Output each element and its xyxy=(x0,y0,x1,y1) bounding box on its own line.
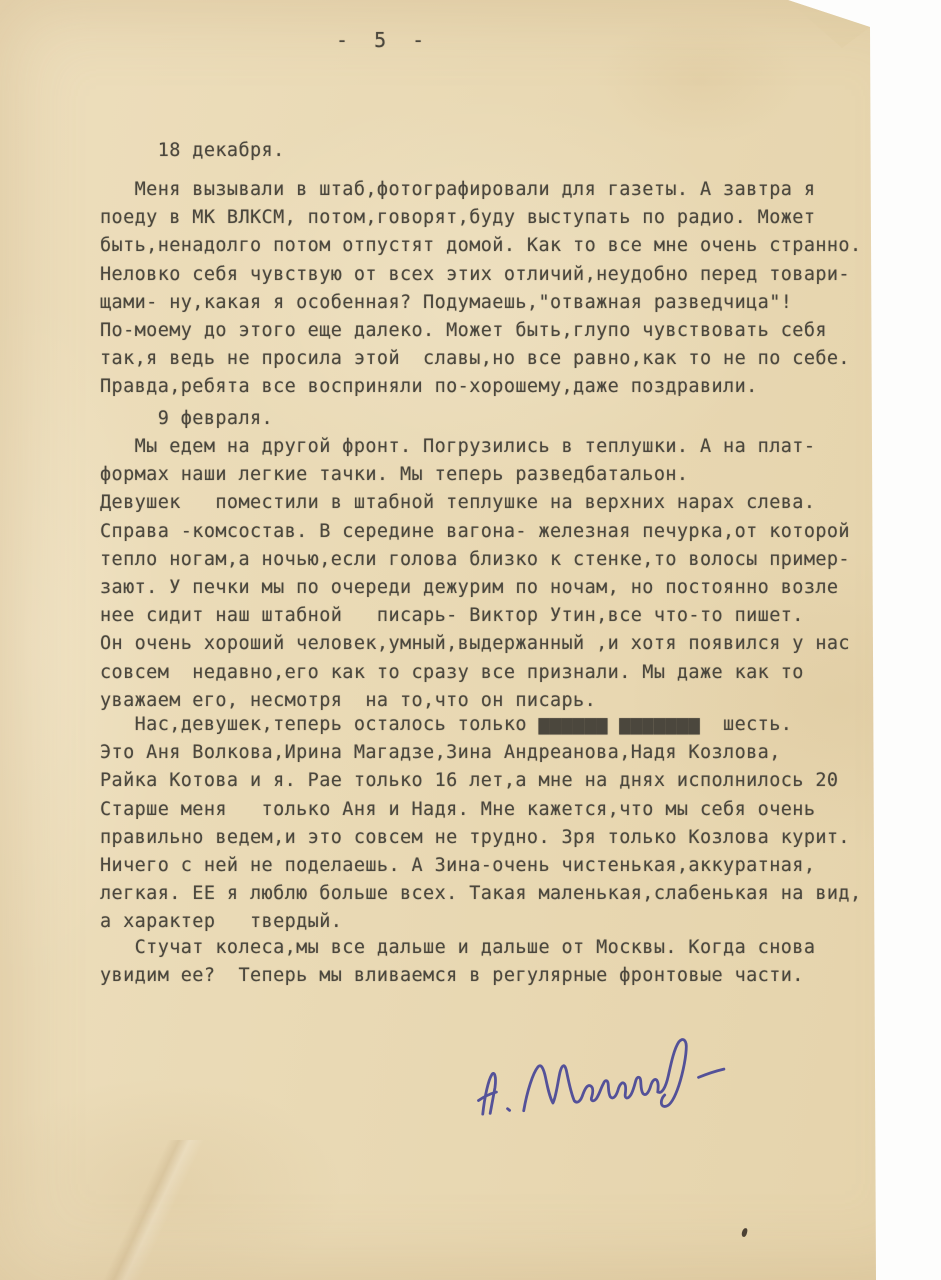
text-line: Неловко себя чувствую от всех этих отлич… xyxy=(100,261,862,289)
text-line: увидим ее? Теперь мы вливаемся в регуляр… xyxy=(100,962,815,990)
text-line: Он очень хороший человек,умный,выдержанн… xyxy=(100,630,850,658)
folded-corner xyxy=(0,0,941,120)
entry-paragraph: Мы едем на другой фронт. Погрузились в т… xyxy=(100,433,850,715)
text-line: совсем недавно,его как то сразу все приз… xyxy=(100,659,850,687)
text-line: формах наши легкие тачки. Мы теперь разв… xyxy=(100,461,850,489)
text-line: Старше меня только Аня и Надя. Мне кажет… xyxy=(100,796,862,824)
text-line: Нас,девушек,теперь осталось только ▆▆▆▆▆… xyxy=(100,711,862,739)
entry-date: 9 февраля. xyxy=(100,405,273,433)
text-line: зают. У печки мы по очереди дежурим по н… xyxy=(100,574,850,602)
text-line: 18 декабря. xyxy=(100,137,285,165)
text-line: поеду в МК ВЛКСМ, потом,говорят,буду выс… xyxy=(100,204,862,232)
paper-crease xyxy=(0,1140,300,1280)
text-line: а характер твердый. xyxy=(100,908,862,936)
text-line: нее сидит наш штабной писарь- Виктор Ути… xyxy=(100,602,850,630)
scan-background: - 5 - 18 декабря. Меня вызывали в штаб,ф… xyxy=(0,0,941,1280)
text-line: По-моему до этого еще далеко. Может быть… xyxy=(100,317,862,345)
text-line: Правда,ребята все восприняли по-хорошему… xyxy=(100,373,862,401)
text-line: правильно ведем,и это совсем не трудно. … xyxy=(100,824,862,852)
text-line: Справа -комсостав. В середине вагона- же… xyxy=(100,518,850,546)
text-line: легкая. ЕЕ я люблю больше всех. Такая ма… xyxy=(100,880,862,908)
text-line: Мы едем на другой фронт. Погрузились в т… xyxy=(100,433,850,461)
text-line: Это Аня Волкова,Ирина Магадзе,Зина Андре… xyxy=(100,739,862,767)
text-line: так,я ведь не просила этой славы,но все … xyxy=(100,345,862,373)
text-line: щами- ну,какая я особенная? Подумаешь,"о… xyxy=(100,289,862,317)
document-page: - 5 - 18 декабря. Меня вызывали в штаб,ф… xyxy=(0,0,941,1280)
ink-speck xyxy=(741,1228,748,1238)
entry-paragraph: Меня вызывали в штаб,фотографировали для… xyxy=(100,176,862,402)
entry-paragraph: Стучат колеса,мы все дальше и дальше от … xyxy=(100,934,815,990)
text-line: быть,ненадолго потом отпустят домой. Как… xyxy=(100,232,862,260)
text-line: Меня вызывали в штаб,фотографировали для… xyxy=(100,176,862,204)
page-number: - 5 - xyxy=(336,28,431,52)
handwritten-signature xyxy=(448,1018,737,1147)
text-line: Стучат колеса,мы все дальше и дальше от … xyxy=(100,934,815,962)
text-line: 9 февраля. xyxy=(100,405,273,433)
text-line: Райка Котова и я. Рае только 16 лет,а мн… xyxy=(100,767,862,795)
text-line: тепло ногам,а ночью,если голова близко к… xyxy=(100,546,850,574)
entry-paragraph: Нас,девушек,теперь осталось только ▆▆▆▆▆… xyxy=(100,711,862,937)
entry-date: 18 декабря. xyxy=(100,137,285,165)
text-line: Девушек поместили в штабной теплушке на … xyxy=(100,489,850,517)
text-line: Ничего с ней не поделаешь. А Зина-очень … xyxy=(100,852,862,880)
